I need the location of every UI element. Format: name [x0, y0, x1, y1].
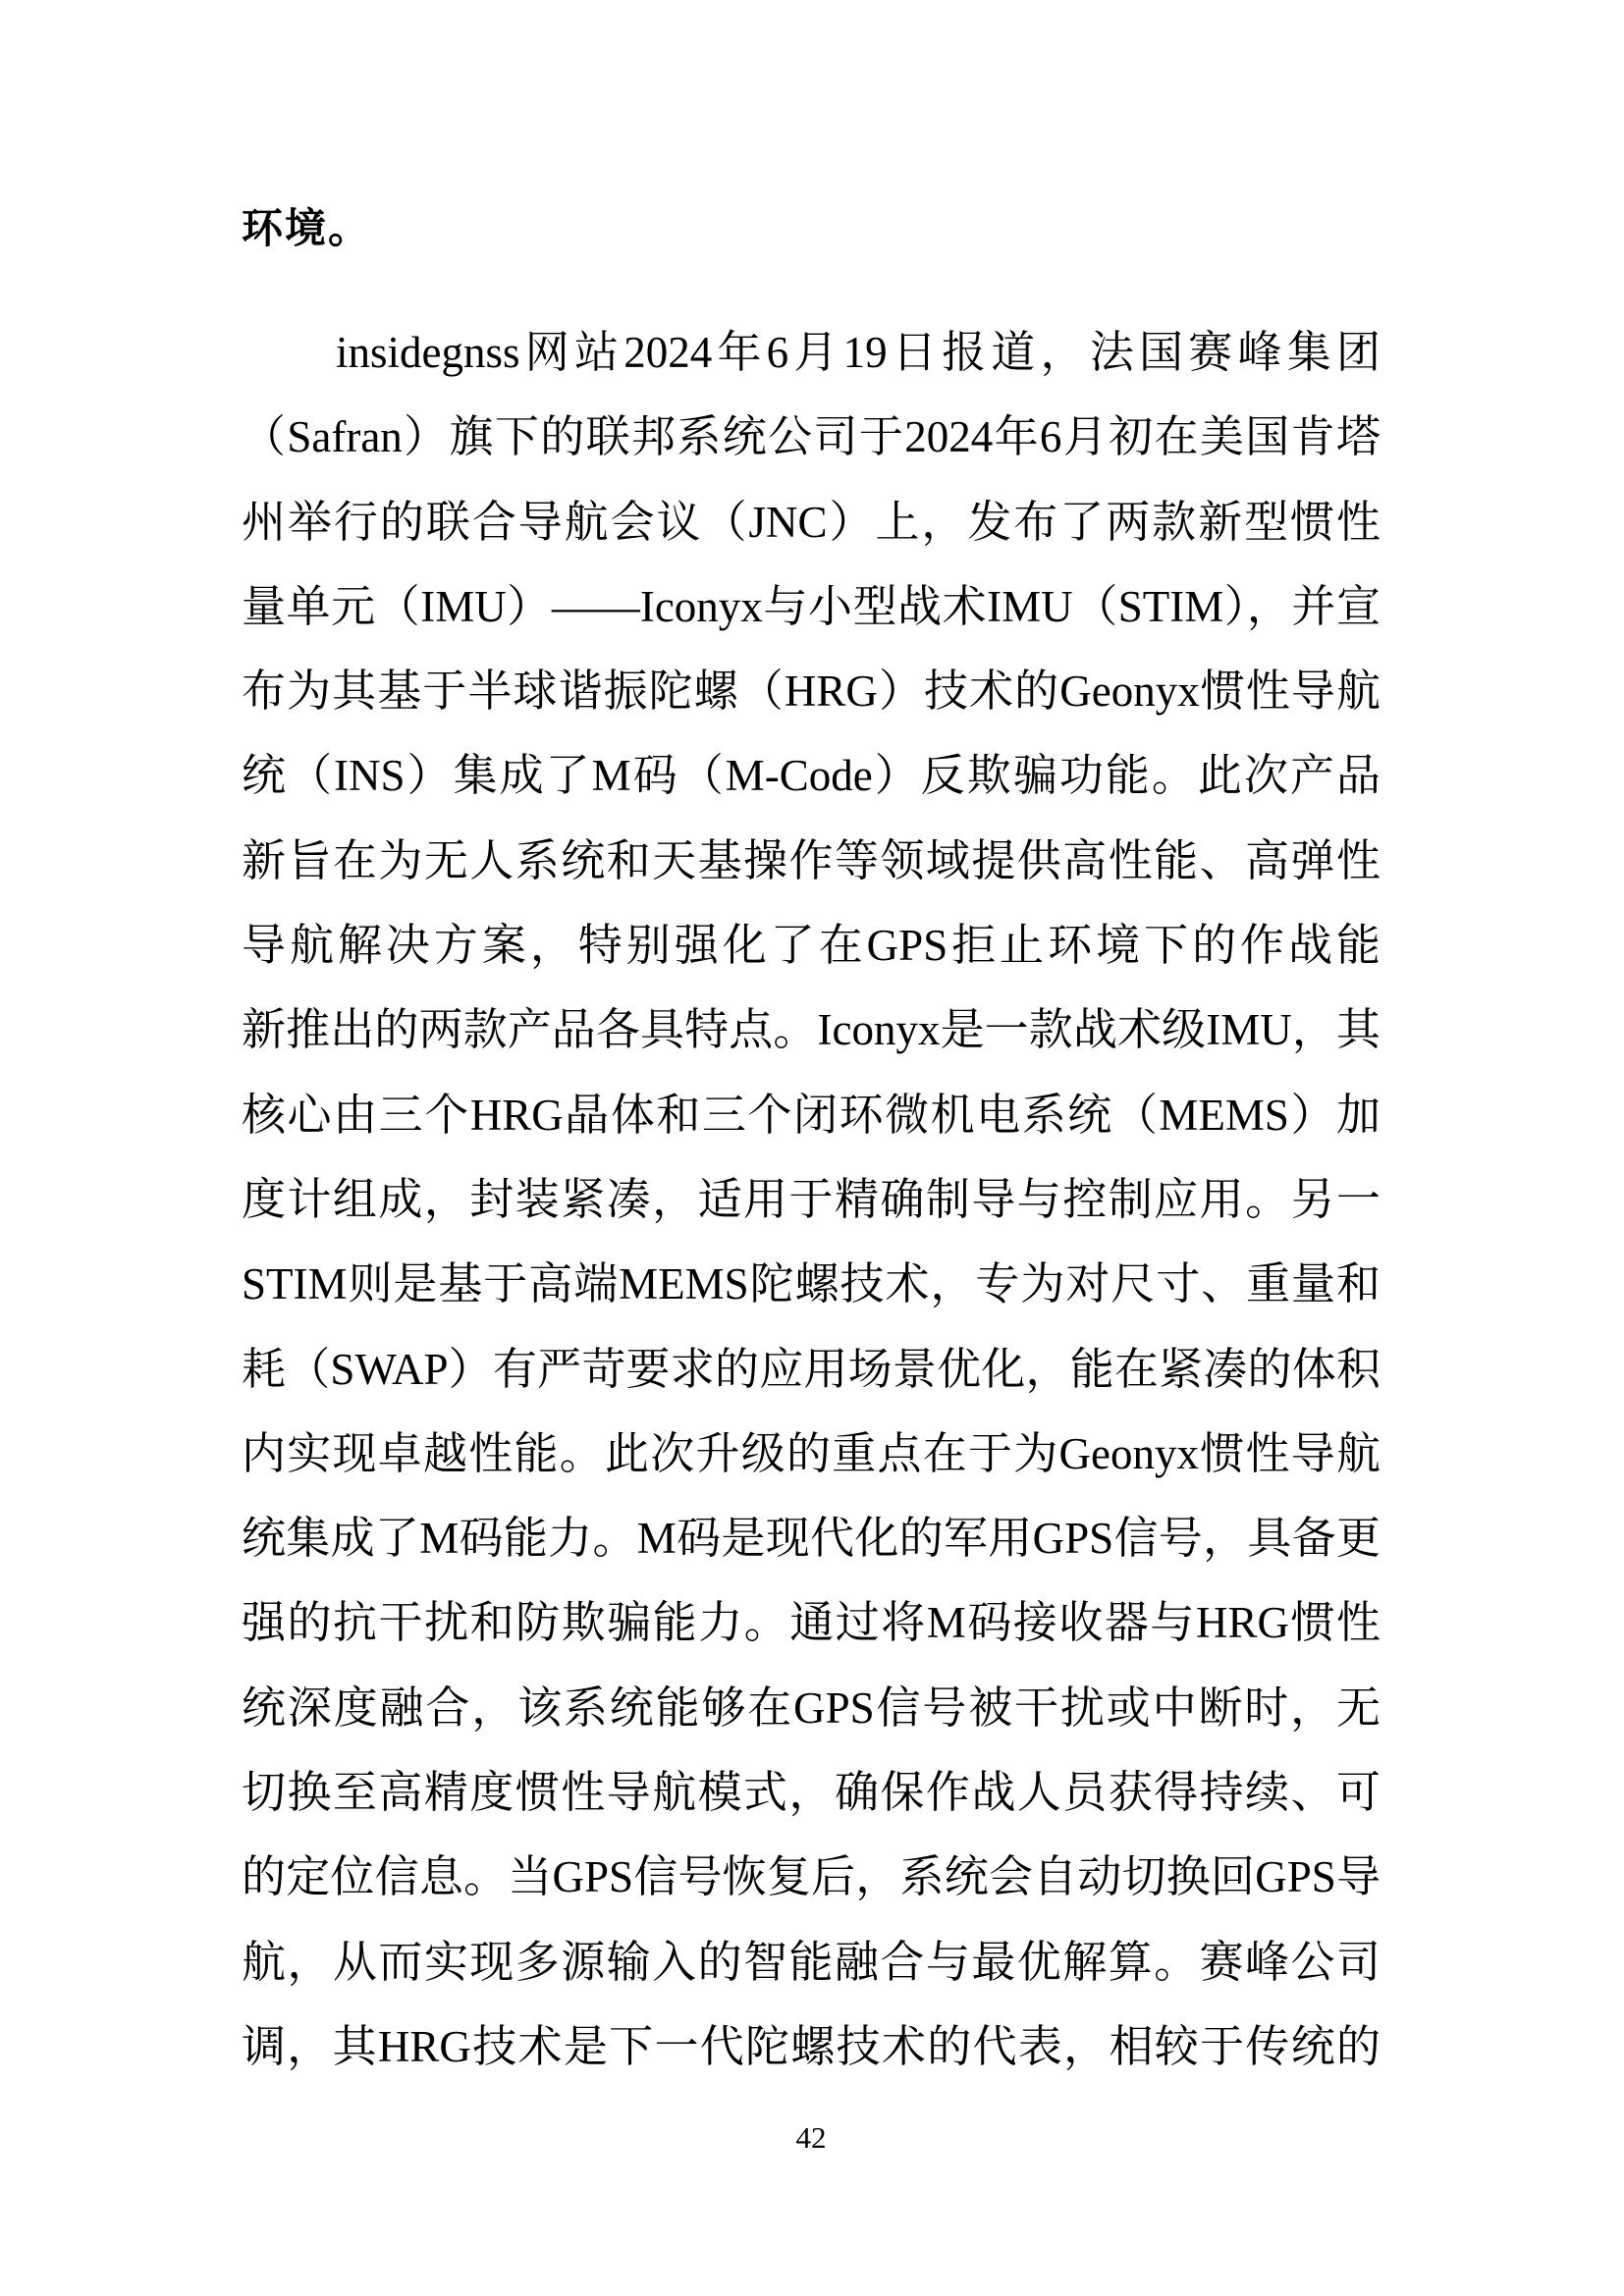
- paragraph-line: 统（INS）集成了M码（M-Code）反欺骗功能。此次产品更: [242, 733, 1380, 818]
- paragraph-line: 新旨在为无人系统和天基操作等领域提供高性能、高弹性的: [242, 819, 1380, 903]
- paragraph-line: 导航解决方案，特别强化了在GPS拒止环境下的作战能力。: [242, 903, 1380, 988]
- paragraph-line: 的定位信息。当GPS信号恢复后，系统会自动切换回GPS导: [242, 1835, 1380, 1919]
- paragraph-line: 布为其基于半球谐振陀螺（HRG）技术的Geonyx惯性导航系: [242, 649, 1380, 733]
- paragraph-line: 度计组成，封装紧凑，适用于精确制导与控制应用。另一款: [242, 1157, 1380, 1242]
- heading-fragment: 环境。: [242, 202, 371, 257]
- paragraph-line: 切换至高精度惯性导航模式，确保作战人员获得持续、可靠: [242, 1750, 1380, 1835]
- paragraph-line: （Safran）旗下的联邦系统公司于2024年6月初在美国肯塔基: [242, 395, 1380, 479]
- paragraph-line: 州举行的联合导航会议（JNC）上，发布了两款新型惯性测: [242, 480, 1380, 564]
- paragraph-line: 统集成了M码能力。M码是现代化的军用GPS信号，具备更: [242, 1496, 1380, 1580]
- paragraph-line: 新推出的两款产品各具特点。Iconyx是一款战术级IMU，其: [242, 988, 1380, 1072]
- paragraph-line: 核心由三个HRG晶体和三个闭环微机电系统（MEMS）加速: [242, 1073, 1380, 1157]
- page-number: 42: [242, 2116, 1380, 2160]
- paragraph-line: insidegnss网站2024年6月19日报道，法国赛峰集团: [242, 310, 1380, 395]
- paragraph-line: 调，其HRG技术是下一代陀螺技术的代表，相较于传统的光: [242, 2004, 1380, 2089]
- paragraph-line: 统深度融合，该系统能够在GPS信号被干扰或中断时，无缝: [242, 1666, 1380, 1750]
- paragraph-line: STIM则是基于高端MEMS陀螺技术，专为对尺寸、重量和功: [242, 1242, 1380, 1326]
- paragraph-line: 内实现卓越性能。此次升级的重点在于为Geonyx惯性导航系: [242, 1412, 1380, 1496]
- paragraph-line: 强的抗干扰和防欺骗能力。通过将M码接收器与HRG惯性系: [242, 1580, 1380, 1665]
- paragraph-line: 耗（SWAP）有严苛要求的应用场景优化，能在紧凑的体积: [242, 1327, 1380, 1412]
- document-page: 环境。 insidegnss网站2024年6月19日报道，法国赛峰集团 （Saf…: [0, 0, 1624, 2296]
- paragraph-line: 量单元（IMU）——Iconyx与小型战术IMU（STIM），并宣: [242, 564, 1380, 649]
- article-paragraph: insidegnss网站2024年6月19日报道，法国赛峰集团 （Safran）…: [242, 310, 1380, 2089]
- paragraph-line: 航，从而实现多源输入的智能融合与最优解算。赛峰公司强: [242, 1920, 1380, 2004]
